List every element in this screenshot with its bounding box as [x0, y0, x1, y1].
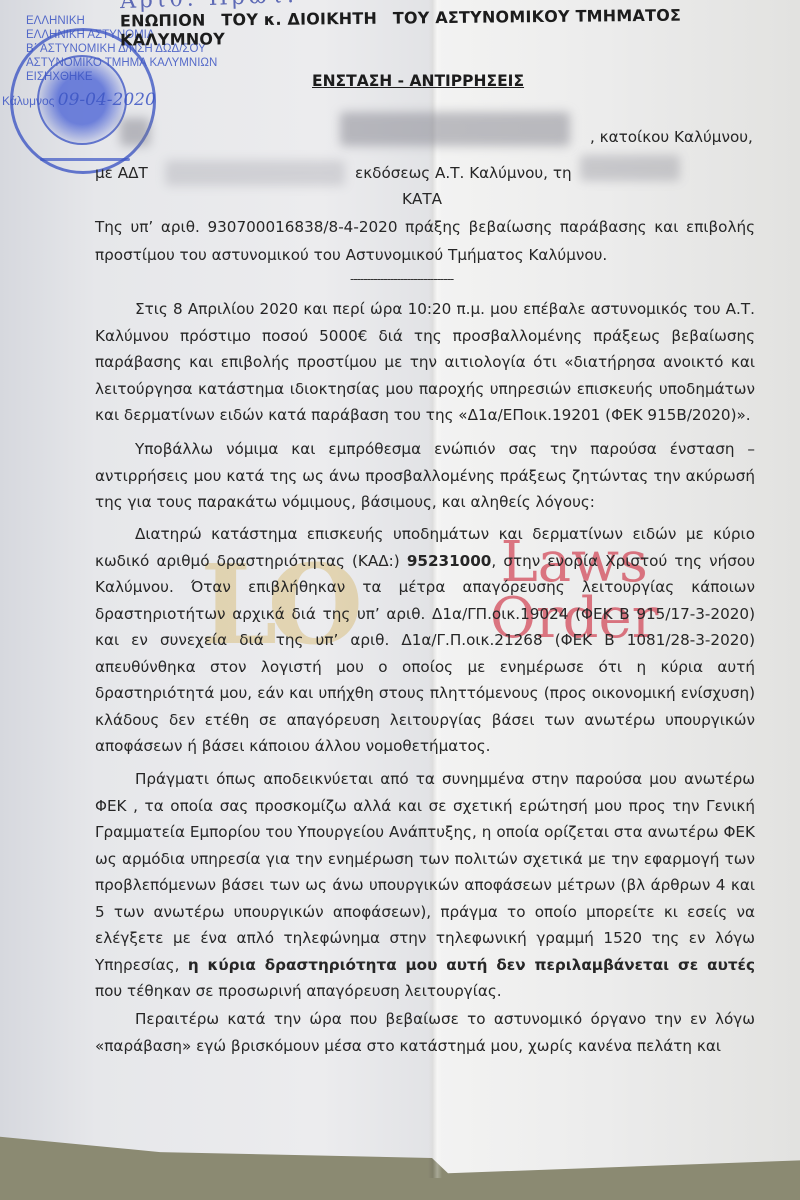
id-label: με ΑΔΤ [95, 164, 148, 182]
body-line: και εν συνεχεία διά της υπ’ αριθ. Δ1α/Γ.… [95, 631, 755, 649]
body-line: παράβασης και επιβολής προστίμου με την … [95, 353, 755, 371]
body-line: Καλύμνου. Όταν επιβλήθηκαν τα μέτρα απαγ… [95, 578, 755, 596]
body-line: 5 των ανωτέρω υπουργικών αποφάσεων), πρά… [95, 903, 755, 921]
body-line: Υπηρεσίας, η κύρια δραστηριότητα μου αυτ… [95, 956, 755, 974]
body-line: προβλεπόμενων βάσει των ως άνω υπουργικώ… [95, 876, 755, 894]
redacted-date [580, 155, 680, 181]
body-line: ελέγξετε με ένα απλό τηλεφώνημα στην τηλ… [95, 929, 755, 947]
subject-line-1: Της υπ’ αριθ. 930700016838/8-4-2020 πράξ… [95, 218, 755, 236]
body-line: κωδικό αριθμό δραστηριότητας (ΚΑΔ:) 9523… [95, 552, 755, 570]
body-line: «παράβαση» εγώ βρισκόμουν μέσα στο κατάσ… [95, 1037, 721, 1055]
body-line: της για τους παρακάτω νόμιμους, βάσιμους… [95, 493, 595, 511]
body-line: λειτούργησα κατάστημα ιδιοκτησίας μου πα… [95, 380, 755, 398]
body-line: κλάδους δεν ετέθη σε απαγόρευση λειτουργ… [95, 711, 755, 729]
document-header: ΕΝΩΠΙΟΝ ΤΟΥ κ. ΔΙΟΙΚΗΤΗ ΤΟΥ ΑΣΤΥΝΟΜΙΚΟΥ … [120, 5, 780, 50]
body-line: Διατηρώ κατάστημα επισκευής υποδημάτων κ… [135, 525, 755, 543]
redacted-name-1 [120, 118, 150, 146]
body-line: δραστηριότητά μου, εάν και υπήχθη στους … [95, 684, 755, 702]
issued-text: εκδόσεως Α.Τ. Καλύμνου, τη [355, 164, 572, 182]
body-line: Καλύμνου πρόστιμο ποσού 5000€ διά της πρ… [95, 327, 755, 345]
against-label: ΚΑΤΑ [402, 190, 442, 208]
body-line: ΦΕΚ , τα οποία σας προσκομίζω αλλά και σ… [95, 797, 755, 815]
stamp-date: Κάλυμνος 09-04-2020 [2, 90, 156, 110]
body-line: Υποβάλλω νόμιμα και εμπρόθεσμα ενώπιόν σ… [135, 440, 755, 458]
document-title: ΕΝΣΤΑΣΗ - ΑΝΤΙΡΡΗΣΕΙΣ [312, 72, 524, 90]
body-line: και δερματίνων ειδών κατά παράβαση του τ… [95, 406, 751, 424]
redacted-name-2 [340, 112, 570, 146]
stamp-underline [40, 158, 130, 161]
body-line: δραστηριοτήτων αρχικά διά της υπ’ αριθ. … [95, 605, 755, 623]
body-line: Γραμματεία Εμπορίου του Υπουργείου Ανάπτ… [95, 823, 755, 841]
body-line: αποφάσεων ή βάσει κάποιου άλλου νομοθετή… [95, 737, 491, 755]
subject-line-2: προστίμου του αστυνομικού του Αστυνομικο… [95, 246, 607, 264]
body-line: απευθύνθηκα στον λογιστή μου ο οποίος με… [95, 658, 755, 676]
residence-text: , κατοίκου Καλύμνου, [590, 128, 753, 146]
body-line: που τέθηκαν σε προσωρινή απαγόρευση λειτ… [95, 982, 502, 1000]
body-line: Περαιτέρω κατά την ώρα που βεβαίωσε το α… [135, 1010, 755, 1028]
separator: ------------------------------- [350, 272, 453, 286]
body-line: ως αρμόδια υπηρεσία για την ενημέρωση τω… [95, 850, 755, 868]
redacted-id [165, 160, 345, 186]
body-line: Πράγματι όπως αποδεικνύεται από τα συνημ… [135, 770, 755, 788]
body-line: αντιρρήσεις μου κατά της ως άνω προσβαλλ… [95, 467, 755, 485]
body-line: Στις 8 Απριλίου 2020 και περί ώρα 10:20 … [135, 300, 755, 318]
